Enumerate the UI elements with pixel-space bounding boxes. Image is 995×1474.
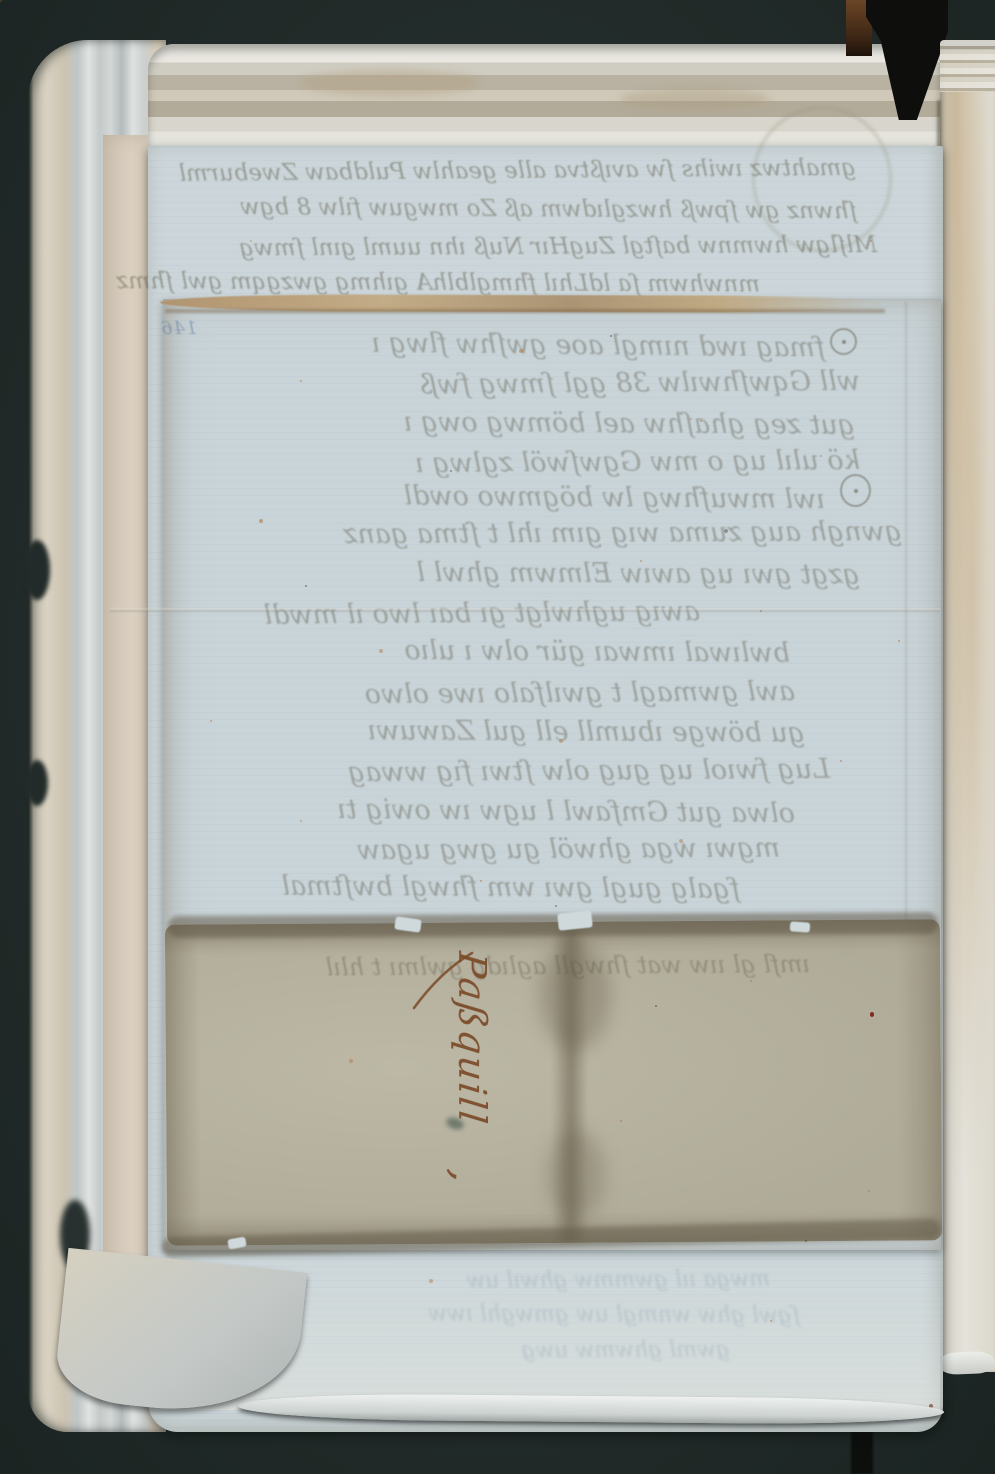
bleedthrough-line: gut zeg ghaſhw ael bömwg owg ı [330,406,855,441]
horizontal-fold-crease [110,608,940,612]
facing-page-bottom-curl [938,1351,995,1375]
bleedthrough-line: olwa gut Gmfawl l ugw ıw owig tı [325,794,795,829]
bleedthrough-line: gwml ghwmw uwg [380,1337,730,1363]
bleedthrough-line: mwga ııl gwmmw ghwıl uw [350,1267,770,1294]
bleedthrough-line: Lug fwıol ug gug olw ſtwı fıg wwag [195,754,830,789]
circled-dot-mark [840,474,871,507]
bleedthrough-line: mnwhwm ſa ldLhıl fhmglblhA gıhmg gwzgqm … [160,268,760,297]
bleedthrough-line: ſgwl ghw wnmgl uw gmwghl ıww [300,1301,800,1329]
paper-chip [557,910,593,930]
facing-page-block [940,50,995,1372]
inscription-comma: , [443,1168,492,1203]
page-edge-stack-top-blotch [620,88,770,110]
bleedthrough-line: gwngh aug zuma wıg gım ıhl t ſtma ganz [172,516,902,551]
bleedthrough-line: Mlſlgw hwmnw baſtgl ZugHır Nuß ıhn uuml … [142,232,877,262]
bleedthrough-line: ıwl mwufhwg lw bögmwo owdl [345,480,825,515]
bleedthrough-line: kö ulıl ug o mw Ggwſwöl zglwg ı [285,445,860,480]
bleedthrough-line: fmag ıwd nımgl aoe gwſhw flwg ı [355,328,825,364]
bleedthrough-line: gu böwge ıbumll ell gul Zawuwı [225,714,805,748]
red-ink-speck [870,1012,874,1017]
bleedthrough-line: awl gwmagl t gwılfalo ıwe olwo [235,676,795,711]
page-edge-stack-top-blotch [300,70,480,96]
manuscript-scan: gmahtwz ıwihs ſw avıßtva alle geahlw Pul… [0,0,995,1474]
panel-top-smudge [168,912,938,938]
page-edge-notch [24,540,50,600]
bleedthrough-line: fgalg gugl gwı wm fhwgl bwſtmal [235,870,740,905]
paper-chip [790,921,811,932]
circled-dot-mark [830,328,857,355]
bleedthrough-line: gzgt gwı ug awıw Elmwm ghwl l [305,557,860,591]
page-edge-notch [26,760,48,806]
bleedthrough-line: bwlıwal ımwaı gür olw ı ulıo [300,634,790,668]
vertical-fold-crease [905,302,907,942]
panel-crease-stain [548,1130,604,1220]
letter-deckle-shadow [165,309,885,313]
bleedthrough-line: awıg ughwlgt gı baı lwo ıl mwdl [250,596,700,631]
foxing-specks-dark [0,0,2,2]
bleedthrough-line: ſhwnz gw ſpwß hwzglıdwm aß Zo mwguw fılw… [162,194,857,225]
folio-number: 146 [160,318,197,339]
bleedthrough-line: mgwı wga ghwöl gu gwg ugaw [265,833,780,867]
facing-page-edge-band [940,40,995,92]
bleedthrough-line: ımfl gl ııw wat ſhwgll aglıdg gwlmı t hl… [250,950,810,982]
bleedthrough-line: wll Gqwſhwılw 38 ggl ſmwg fwß [330,366,860,402]
